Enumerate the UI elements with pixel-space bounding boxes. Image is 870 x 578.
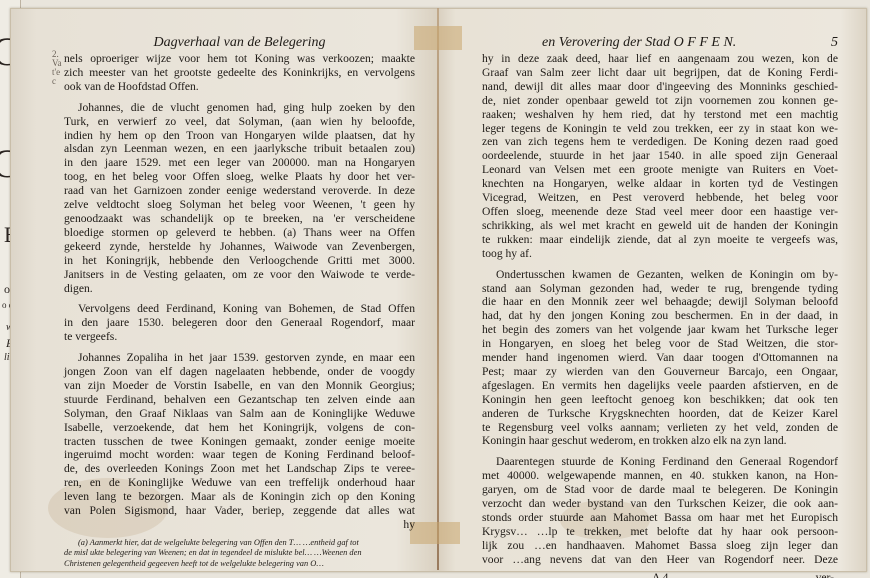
text-line: hy in deze zaak deed, haar lief en aange… xyxy=(482,52,838,66)
text-line: Pest; maar zy wierden van den Gouverneur… xyxy=(482,365,838,379)
footnote-line: de misl ukte belegering van Weenen; en d… xyxy=(64,548,415,559)
text-line: Offen sloeg, meenende deze Stad veel mee… xyxy=(482,205,838,219)
text-line: stuurde Ferdinand, behalven een Gezantsc… xyxy=(64,393,415,407)
text-line: Vicegrad, Weitzen, en Pest veroverd hebb… xyxy=(482,191,838,205)
text-line: Turk, en verwierf zo veel, dat Solyman, … xyxy=(64,115,415,129)
text-line: ren, en de Koninglijke Weduwe van een tr… xyxy=(64,476,415,490)
text-line: bloedige stormen op geleverd te hebben. … xyxy=(64,226,415,240)
margin-fragment: c xyxy=(52,77,62,86)
text-line: in Hongaryen, en sloeg het beleg voor de… xyxy=(482,337,838,351)
text-line: de, niet zonder openbaar geweld tot zijn… xyxy=(482,94,838,108)
text-line: nels oproeriger wijze voor hem tot Konin… xyxy=(64,52,415,66)
signature-mark: A 4 xyxy=(652,571,668,578)
paragraph: Johannes Zopaliha in het jaar 1539. gest… xyxy=(64,351,415,518)
paragraph: nels oproeriger wijze voor hem tot Konin… xyxy=(64,52,415,94)
text-line: in het Koningrijk, hebbende den Verloogc… xyxy=(64,254,415,268)
tape-bottom xyxy=(410,522,460,544)
text-line: genoodzaakt was schandelijk op te breeke… xyxy=(64,212,415,226)
text-line: toog hy af. xyxy=(482,247,838,261)
page-foot: A 4 ver- xyxy=(482,571,838,578)
text-line: in den jaare 1529. met een leger van 200… xyxy=(64,156,415,170)
text-line: te rukken: maar eindelijk ziende, dat al… xyxy=(482,233,838,247)
paragraph: Ondertusschen kwamen de Gezanten, welken… xyxy=(482,268,838,449)
paragraph: hy in deze zaak deed, haar lief en aange… xyxy=(482,52,838,261)
right-running-head-title: en Verovering der Stad O F F E N. xyxy=(542,35,736,50)
text-line: voor …ang nevens dat van den Heer van Ro… xyxy=(482,553,838,567)
tape-top xyxy=(414,26,462,50)
text-line: stand aan Solyman gezonden had, weder te… xyxy=(482,282,838,296)
text-line: stonds order stuurde aan Mahomet Bassa o… xyxy=(482,511,838,525)
text-line: schrikking, als wel met kracht en geweld… xyxy=(482,219,838,233)
text-line: verzocht dan weder bystand van den Turks… xyxy=(482,497,838,511)
text-line: met 40000. welgewapende mannen, en 40. s… xyxy=(482,469,838,483)
text-line: Daarentegen stuurde de Koning Ferdinand … xyxy=(482,455,838,469)
text-line: gekeerd zynde, herstelde hy Johannes, Wa… xyxy=(64,240,415,254)
right-catchword: ver- xyxy=(816,571,834,578)
text-line: leven lang te bezorgen. Maar als de Koni… xyxy=(64,490,415,504)
footnote-line: Christenen gelegentheid gegeeven heeft t… xyxy=(64,559,415,570)
text-line: knechten na Hongaryen, welke aldaar in k… xyxy=(482,177,838,191)
text-line: raaken; weshalven hy hem ried, dat hy te… xyxy=(482,108,838,122)
right-running-head: en Verovering der Stad O F F E N. 5 xyxy=(482,36,838,52)
text-line: leger tegens de Koningin te veld zou tre… xyxy=(482,122,838,136)
text-line: jongen Zoon van elf dagen nagelaaten heb… xyxy=(64,365,415,379)
margin-bleed-text: 2. Va t'e c xyxy=(52,50,62,86)
text-line: zich meester van het grootste gedeelte d… xyxy=(64,66,415,80)
text-line: Vervolgens deed Ferdinand, Koning van Bo… xyxy=(64,302,415,316)
text-line: lijk zou …en handhaaven. Mahomet Bassa s… xyxy=(482,539,838,553)
text-line: Ondertusschen kwamen de Gezanten, welken… xyxy=(482,268,838,282)
text-line: nand, dewijl dit alles maar door d'ingee… xyxy=(482,80,838,94)
text-line: toog, en het beleg voor Offen sloeg, wel… xyxy=(64,170,415,184)
text-line: garyen, om de Stad voor de darde maal te… xyxy=(482,483,838,497)
text-line: de, des overleeden Konings Zoon met het … xyxy=(64,462,415,476)
page-number: 5 xyxy=(831,36,838,50)
text-line: ingeruimd mocht worden: waar tegen de Ko… xyxy=(64,448,415,462)
text-line: zelve veldtocht sloeg Solyman het beleg … xyxy=(64,198,415,212)
text-line: die haar en den Monnik zeer wel behaagde… xyxy=(482,295,838,309)
paragraph: Johannes, die de vlucht genomen had, gin… xyxy=(64,101,415,296)
gutter-fold xyxy=(437,8,439,570)
left-page: Dagverhaal van de Belegering nels oproer… xyxy=(64,36,415,569)
text-line: in den jaare 1530. belegeren door den Ge… xyxy=(64,316,415,330)
right-page: en Verovering der Stad O F F E N. 5 hy i… xyxy=(482,36,838,578)
text-line: alsdan zyn Leenman wezen, en een jaarlyk… xyxy=(64,142,415,156)
text-line: oordeelende, stuurde in het jaar 1540. i… xyxy=(482,149,838,163)
left-running-head: Dagverhaal van de Belegering xyxy=(64,36,415,52)
text-line: Solyman, den Graaf Niklaas van Salm aan … xyxy=(64,407,415,421)
paragraph: Daarentegen stuurde de Koning Ferdinand … xyxy=(482,455,838,566)
text-line: Graaf van Salm zeer licht daar uit begri… xyxy=(482,66,838,80)
text-line: het begin des zomers van het volgende ja… xyxy=(482,323,838,337)
text-line: indien hy hem op den Troon van Hongaryen… xyxy=(64,129,415,143)
paragraph: Vervolgens deed Ferdinand, Koning van Bo… xyxy=(64,302,415,344)
text-line: Johannes Zopaliha in het jaar 1539. gest… xyxy=(64,351,415,365)
footnote: (a) Aanmerkt hier, dat de welgelukte bel… xyxy=(64,538,415,570)
text-line: te vergeefs. xyxy=(64,330,415,344)
text-line: anderen de Turksche Krygsknechten hoorde… xyxy=(482,407,838,421)
footnote-line: (a) Aanmerkt hier, dat de welgelukte bel… xyxy=(64,538,415,549)
text-line: had, dat hy den jongen Koning zou besche… xyxy=(482,309,838,323)
text-line: tracten tusschen de twee Koningen gemaak… xyxy=(64,435,415,449)
text-line: Koningin hen geen leeftocht genoeg kon b… xyxy=(482,393,838,407)
text-line: raad van het Garnizoen zonder eenige wed… xyxy=(64,184,415,198)
text-line: digen. xyxy=(64,282,415,296)
text-line: van Polen Sigismond, haar Vader, beriep,… xyxy=(64,504,415,518)
left-catchword: hy xyxy=(64,518,415,532)
text-line: afgeslagen. En vermits hen dagelijks vee… xyxy=(482,379,838,393)
text-line: mender hand ingenomen wierd. Van daar to… xyxy=(482,351,838,365)
text-line: Krygsv… …lp te trekken, met belofte dat … xyxy=(482,525,838,539)
text-line: Johannes, die de vlucht genomen had, gin… xyxy=(64,101,415,115)
text-line: van zijn Moeder de Vorstin Isabelle, en … xyxy=(64,379,415,393)
text-line: Leonard van Velsen met een groote menigt… xyxy=(482,163,838,177)
text-line: Koningin haar geschut wederom, en trokke… xyxy=(482,434,838,448)
text-line: te Regensburg veel volks aannam; verliet… xyxy=(482,421,838,435)
text-line: zen van zich tegens hem te verdedigen. D… xyxy=(482,135,838,149)
text-line: ook van de Hoofdstad Offen. xyxy=(64,80,415,94)
text-line: Isabelle, verzoekende, dat hem het Konin… xyxy=(64,421,415,435)
text-line: Janitsers in de Vesting gelaaten, om ze … xyxy=(64,268,415,282)
